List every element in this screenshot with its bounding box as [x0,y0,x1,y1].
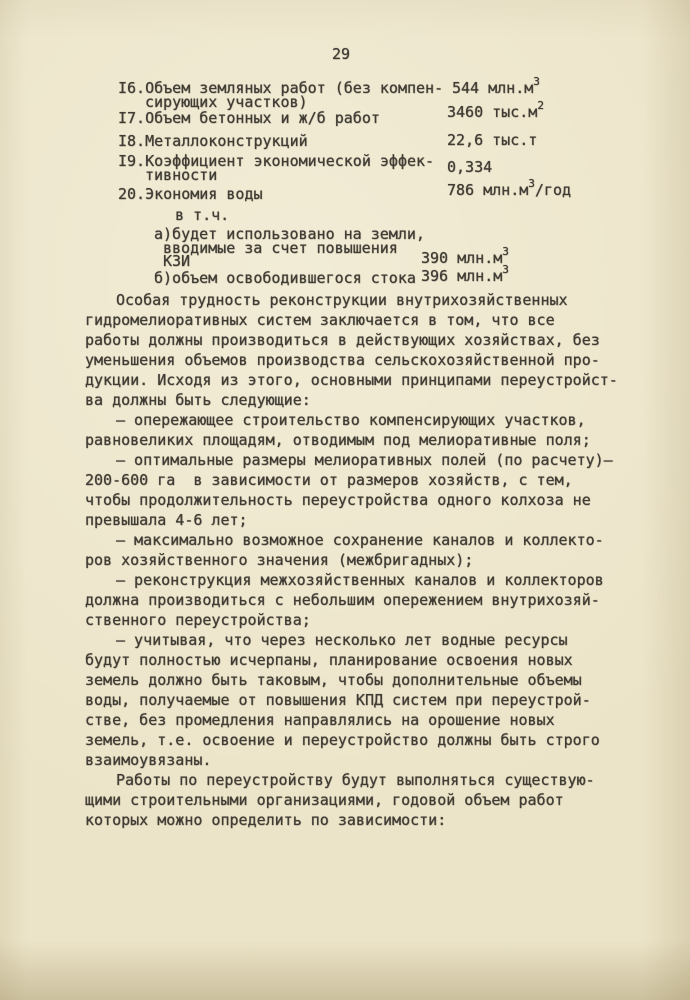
body-line: чтобы продолжительность переустройства о… [85,490,625,510]
scanned-document-page: 29 I6.Объем земляных работ (без компен- … [0,0,690,1000]
body-line: Особая трудность реконструкции внутрихоз… [85,290,625,310]
spec-item-20-value: 786 млн.м3/год [447,183,571,198]
body-line: дукции. Исходя из этого, основными принц… [85,370,625,390]
body-line: щими строительными организациями, годово… [85,790,625,810]
body-line: воды, получаемые от повышения КПД систем… [85,690,625,710]
body-line: ственного переустройства; [85,610,625,630]
body-line: должна производиться с небольшим опереже… [85,590,625,610]
body-line: превышала 4-6 лет; [85,510,625,530]
spec-item-18-line1: I8.Металлоконструкций [118,134,308,149]
body-line: гидромелиоративных систем заключается в … [85,310,625,330]
body-line: – максимально возможное сохранение канал… [85,530,625,550]
spec-item-17-value: 3460 тыс.м2 [447,105,544,120]
body-line: будут полностью исчерпаны, планирование … [85,650,625,670]
spec-item-16-line2: сирующих участков) [145,95,308,110]
body-line: – оптимальные размеры мелиоративных поле… [85,450,625,470]
spec-item-16-value: 544 млн.м3 [452,81,540,96]
spec-item-19-line2: тивности [145,168,217,183]
spec-subitem-a-line2: вводимые за счет повышения [163,241,398,256]
body-line: – опережающее строительство компенсирующ… [85,410,625,430]
body-line: ва должны быть следующие: [85,390,625,410]
spec-item-17-line1: I7.Объем бетонных и ж/б работ [118,111,380,126]
body-line: стве, без промедления направлялись на ор… [85,710,625,730]
body-line: 200-600 га в зависимости от размеров хоз… [85,470,625,490]
spec-subheading: в т.ч. [175,208,229,223]
spec-item-20-line1: 20.Экономия воды [118,187,263,202]
body-line: уменьшения объемов производства сельскох… [85,350,625,370]
spec-subitem-a-value: 390 млн.м3 [421,251,509,266]
body-line: – реконструкция межхозяйственных каналов… [85,570,625,590]
body-line: земель должно быть таковым, чтобы дополн… [85,670,625,690]
spec-item-18-value: 22,6 тыс.т [447,133,537,148]
body-line: ров хозяйственного значения (межбригадны… [85,550,625,570]
spec-subitem-b-line1: б)объем освободившегося стока [154,271,416,286]
body-line: Работы по переустройству будут выполнять… [85,770,625,790]
body-line: работы должны производиться в действующи… [85,330,625,350]
body-line: которых можно определить по зависимости: [85,810,625,830]
body-text: Особая трудность реконструкции внутрихоз… [85,290,625,830]
body-line: земель, т.е. освоение и переустройство д… [85,730,625,750]
body-line: равновеликих площадям, отводимым под мел… [85,430,625,450]
body-line: – учитывая, что через несколько лет водн… [85,630,625,650]
page-number: 29 [332,47,350,62]
body-line: взаимоувязаны. [85,750,625,770]
spec-subitem-a-line3: КЗИ [163,254,190,269]
spec-item-19-value: 0,334 [447,160,492,175]
spec-subitem-b-value: 396 млн.м3 [421,269,509,284]
